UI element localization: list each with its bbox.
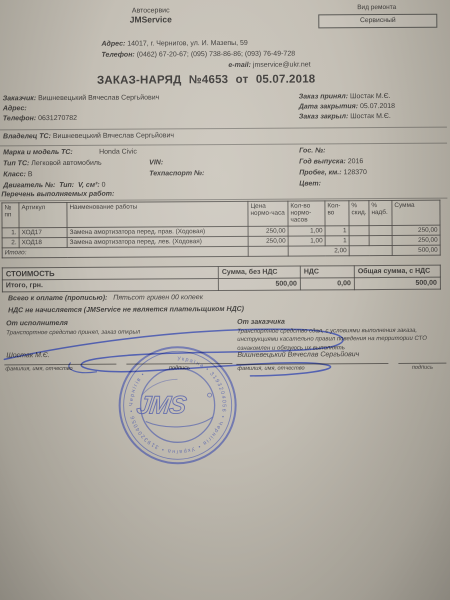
works-total-label: Итого:	[2, 246, 248, 258]
col-num: № пп	[2, 203, 19, 228]
owner-line: Владелец ТС: Вишневецький Вячеслав Сергь…	[3, 132, 174, 140]
col-qty: Кол-во	[325, 201, 349, 226]
type-label: Тип ТС:	[3, 160, 29, 167]
mileage-label: Пробег, км.:	[299, 169, 341, 176]
cell-qty: 1	[325, 236, 349, 246]
cell-markup	[369, 225, 392, 235]
mileage-value: 128370	[344, 169, 367, 176]
cost-no-vat: 500,00	[218, 278, 300, 291]
engine-type-label: Тип:	[59, 182, 74, 189]
cost-value-row: Итого, грн. 500,00 0,00 500,00	[2, 277, 440, 292]
cell-qty: 1	[325, 225, 349, 235]
closed-label: Заказ закрыл:	[299, 113, 348, 120]
engine-vol-label: V, см³:	[78, 182, 100, 189]
address-line: Адрес: 14017, г. Чернигов, ул. И. Мазепы…	[101, 40, 247, 48]
cell-price: 250,00	[248, 226, 288, 236]
email-line: e-mail: jmservice@ukr.net	[0, 61, 311, 70]
year-label: Год выпуска:	[299, 158, 346, 165]
customer-label: Заказчик:	[3, 95, 36, 102]
total-words-label: Всего к оплате (прописью):	[8, 295, 107, 303]
cost-row-label: Итого, грн.	[2, 279, 218, 292]
total-words-value: Пятьсот гривен 00 копеек	[113, 294, 203, 302]
phone-line: Телефон: (0462) 67-20-67; (095) 738-86-8…	[101, 51, 295, 59]
owner-label: Владелец ТС:	[3, 133, 51, 140]
divider	[0, 127, 447, 131]
total-words-line: Всего к оплате (прописью): Пятьсот гриве…	[8, 294, 203, 302]
signature-strokes	[0, 315, 361, 401]
cell-discount	[349, 235, 369, 245]
customer-name: Вишневецький Вячеслав Сергьйович	[38, 94, 159, 102]
phone-value: (0462) 67-20-67; (095) 738-86-86; (093) …	[137, 51, 295, 59]
close-date-label: Дата закрытия:	[299, 103, 358, 110]
cost-table: СТОИМОСТЬ Сумма, без НДС НДС Общая сумма…	[2, 265, 441, 293]
works-table: № пп Артикул Наименование работы Цена но…	[1, 200, 440, 259]
works-section-title: Перечень выполняемых работ:	[1, 191, 114, 199]
owner-name: Вишневецький Вячеслав Сергьйович	[53, 132, 174, 140]
col-price: Цена нормо-часа	[248, 201, 288, 226]
order-status-block: Заказ принял: Шостак М.Є. Дата закрытия:…	[299, 92, 395, 123]
class-label: Класс:	[3, 171, 26, 178]
phone-label: Телефон:	[101, 52, 134, 59]
closed-by: Шостак М.Є.	[350, 113, 391, 120]
make-value: Honda Civic	[99, 149, 137, 156]
company-block: Автосервис JMService	[93, 6, 208, 25]
col-hours: Кол-во нормо-часов	[288, 201, 325, 226]
year-value: 2016	[348, 158, 364, 165]
signature-ink	[0, 315, 361, 401]
cell-hours: 1,00	[288, 225, 325, 235]
cell-hours: 1,00	[288, 236, 325, 246]
empty-cell	[349, 245, 392, 255]
cost-total: 500,00	[354, 277, 440, 290]
works-total-row: Итого: 2,00 500,00	[2, 245, 440, 258]
cell-price: 250,00	[248, 236, 288, 246]
accepted-label: Заказ принял:	[299, 93, 348, 100]
email-label: e-mail:	[228, 62, 251, 69]
vat-note: НДС не начисляется (JMService не являетс…	[8, 306, 244, 314]
vehicle-block: Марка и модель ТС: Honda Civic Гос. №: Т…	[0, 147, 447, 194]
cost-col-vat: НДС	[300, 266, 354, 278]
vin-label: VIN:	[149, 159, 163, 166]
col-sku: Артикул	[19, 202, 67, 227]
company-name: JMService	[93, 15, 208, 25]
cell-sku: ХОД17	[19, 227, 67, 237]
plate-label: Гос. №:	[299, 147, 325, 154]
cell-num: 1.	[2, 227, 19, 237]
col-discount: % скид.	[349, 201, 369, 226]
customer-block: Заказчик: Вишневецький Вячеслав Сергьйов…	[3, 93, 160, 124]
customer-phone-label: Телефон:	[3, 115, 36, 122]
email-value: jmservice@ukr.net	[253, 61, 311, 68]
col-name: Наименование работы	[67, 201, 248, 227]
col-markup: % надб.	[369, 200, 392, 225]
col-sum: Сумма	[392, 200, 440, 225]
works-header-row: № пп Артикул Наименование работы Цена но…	[2, 200, 440, 227]
make-label: Марка и модель ТС:	[3, 149, 73, 156]
cost-vat: 0,00	[300, 278, 354, 290]
customer-sign-caption: подпись	[398, 365, 446, 371]
cell-discount	[349, 225, 369, 235]
document-photo: Автосервис JMService Вид ремонта Сервисн…	[0, 0, 450, 600]
cell-sku: ХОД18	[19, 237, 67, 247]
customer-phone: 0631270782	[38, 115, 77, 122]
cell-sum: 250,00	[392, 225, 440, 235]
cost-col-total: Общая сумма, с НДС	[354, 265, 440, 278]
class-value: B	[28, 171, 33, 178]
type-value: Легковой автомобиль	[31, 160, 101, 167]
cell-markup	[369, 235, 392, 245]
address-value: 14017, г. Чернигов, ул. И. Мазепы, 59	[127, 40, 248, 48]
repair-type-box: Сервисный	[318, 14, 437, 29]
repair-type-label: Вид ремонта	[318, 4, 435, 12]
close-date: 05.07.2018	[360, 103, 395, 110]
cell-sum: 250,00	[392, 235, 440, 245]
color-label: Цвет:	[299, 180, 321, 187]
works-total-hours: 2,00	[288, 246, 349, 257]
empty-cell	[248, 246, 288, 256]
document-title: ЗАКАЗ-НАРЯД №4653 от 05.07.2018	[0, 73, 414, 88]
passport-label: Техпаспорт №:	[149, 170, 204, 177]
accepted-by: Шостак М.Є.	[350, 93, 391, 100]
work-order-document: Автосервис JMService Вид ремонта Сервисн…	[0, 0, 450, 600]
engine-label: Двигатель №:	[3, 182, 55, 189]
engine-vol-value: 0	[102, 182, 106, 189]
customer-address-label: Адрес:	[3, 105, 27, 112]
cell-num: 2.	[2, 238, 19, 248]
works-total-sum: 500,00	[392, 245, 440, 255]
address-label: Адрес:	[101, 41, 125, 48]
cost-col-no-vat: Сумма, без НДС	[218, 266, 300, 279]
divider	[0, 143, 447, 147]
